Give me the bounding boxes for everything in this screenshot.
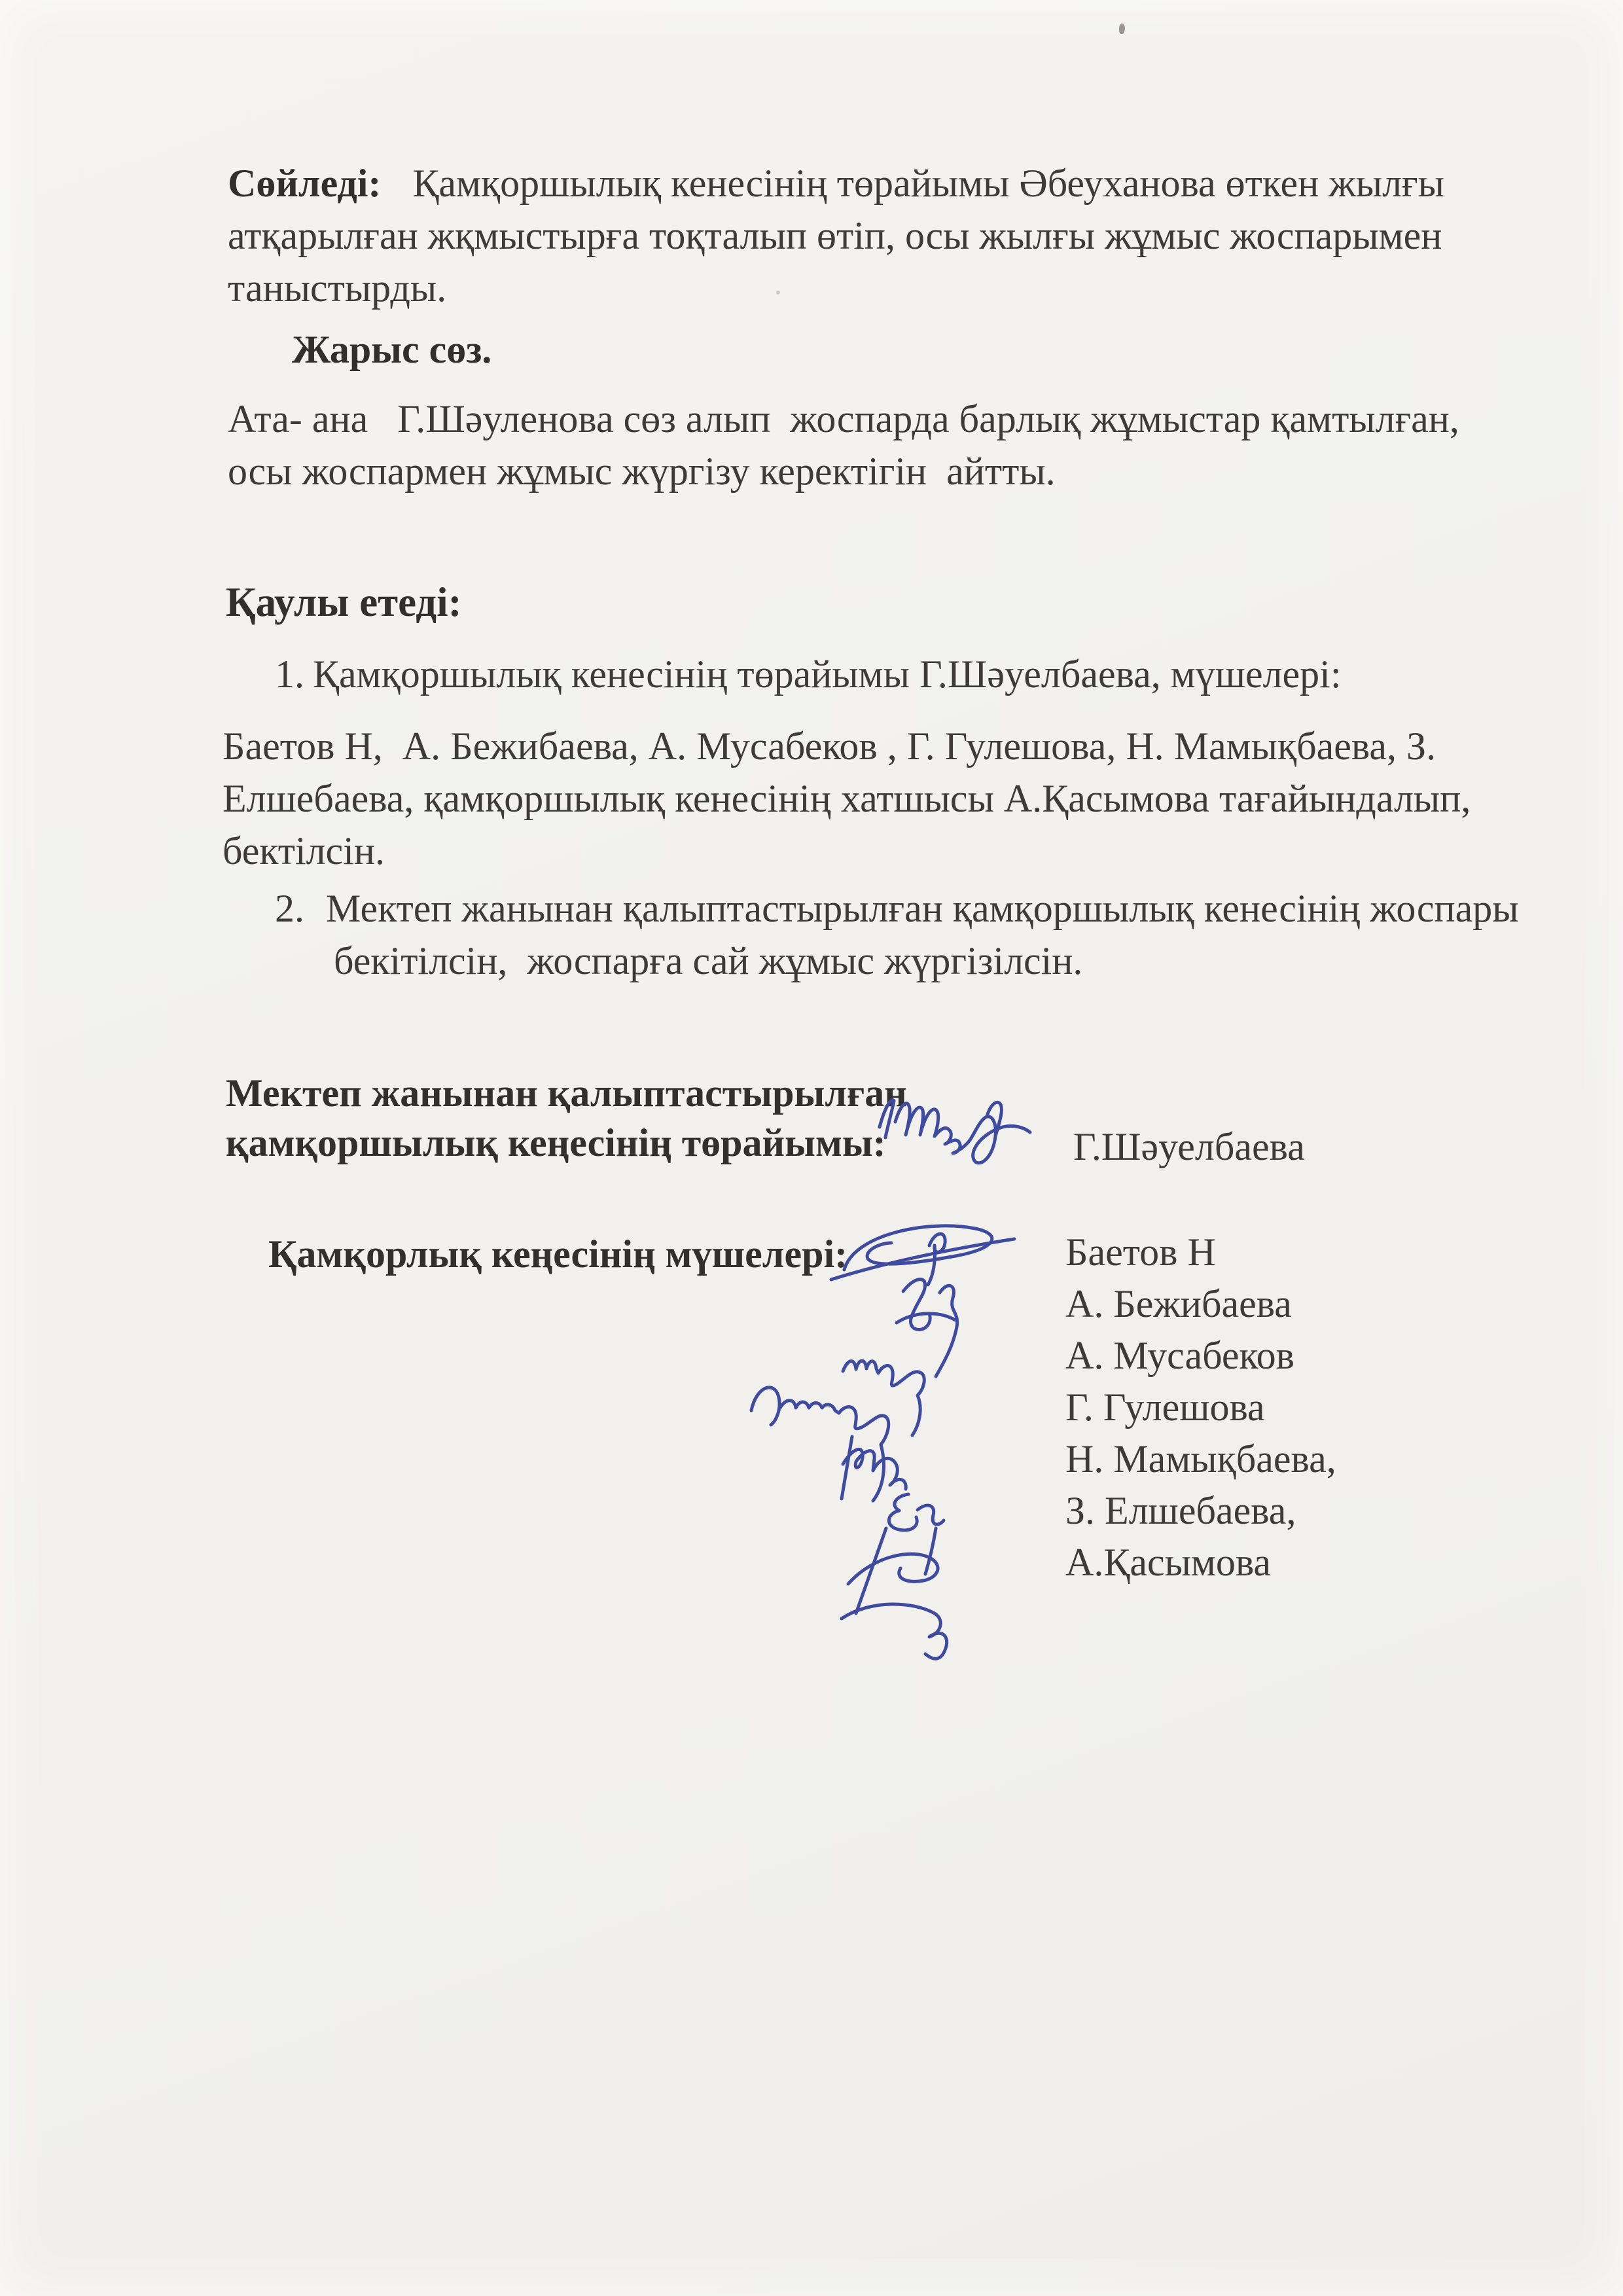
chair-signature-ink bbox=[872, 1079, 1047, 1177]
resolution-item-1-number: 1. bbox=[275, 648, 313, 700]
members-name-list: Баетов Н А. Бежибаева А. Мусабеков Г. Гу… bbox=[1065, 1227, 1336, 1588]
resolution-item-1-text: Қамқоршылық кенесінің төрайымы Г.Шәуелба… bbox=[313, 648, 1341, 700]
member-name-1: Баетов Н bbox=[1065, 1227, 1336, 1278]
resolution-item-2: 2. Мектеп жанынан қалыптастырылған қамқо… bbox=[275, 882, 1519, 987]
chair-signature-name: Г.Шәуелбаева bbox=[1073, 1121, 1305, 1173]
member-name-7: А.Қасымова bbox=[1065, 1537, 1336, 1588]
resolution-item-2-line2: бекітілсін, жоспарға сай жұмыс жүргізілс… bbox=[326, 935, 1519, 987]
spoke-label: Сөйледі: bbox=[228, 162, 381, 205]
paragraph-members: Баетов Н, А. Бежибаева, А. Мусабеков , Г… bbox=[223, 720, 1471, 877]
paragraph-debate: Ата- ана Г.Шәуленова сөз алып жоспарда б… bbox=[228, 393, 1459, 497]
chair-signature-label-line1: Мектеп жанынан қалыптастырылған bbox=[226, 1068, 907, 1118]
chair-signature-label: Мектеп жанынан қалыптастырылған қамқоршы… bbox=[226, 1068, 907, 1168]
scanned-document-page: Сөйледі:Қамқоршылық кенесінің төрайымы Ә… bbox=[0, 0, 1623, 2296]
chair-signature-label-line2: қамқоршылық кеңесінің төрайымы: bbox=[226, 1118, 907, 1168]
member-name-4: Г. Гулешова bbox=[1065, 1382, 1336, 1433]
resolution-heading: Қаулы етеді: bbox=[226, 576, 462, 628]
paragraph-spoke-line2: атқарылған жқмыстырға тоқталып өтіп, осы… bbox=[228, 209, 1444, 262]
scan-speck bbox=[1119, 24, 1125, 34]
resolution-item-2-line1: Мектеп жанынан қалыптастырылған қамқоршы… bbox=[326, 882, 1519, 935]
paragraph-spoke-line1: Сөйледі:Қамқоршылық кенесінің төрайымы Ә… bbox=[228, 157, 1444, 209]
resolution-item-2-text: Мектеп жанынан қалыптастырылған қамқоршы… bbox=[326, 882, 1519, 987]
member-name-3: А. Мусабеков bbox=[1065, 1330, 1336, 1382]
paragraph-members-line3: бектілсін. bbox=[223, 825, 1471, 877]
member-name-6: З. Елшебаева, bbox=[1065, 1485, 1336, 1537]
paragraph-spoke: Сөйледі:Қамқоршылық кенесінің төрайымы Ә… bbox=[228, 157, 1444, 314]
resolution-item-2-number: 2. bbox=[275, 882, 326, 987]
paragraph-members-line2: Елшебаева, қамқоршылық кенесінің хатшысы… bbox=[223, 772, 1471, 825]
paragraph-members-line1: Баетов Н, А. Бежибаева, А. Мусабеков , Г… bbox=[223, 720, 1471, 772]
spoke-text-1: Қамқоршылық кенесінің төрайымы Әбеуханов… bbox=[412, 162, 1444, 205]
paragraph-debate-line2: осы жоспармен жұмыс жүргізу керектігін а… bbox=[228, 445, 1459, 497]
members-signature-ink bbox=[740, 1208, 1047, 1666]
member-name-5: Н. Мамықбаева, bbox=[1065, 1433, 1336, 1485]
debate-heading: Жарыс сөз. bbox=[292, 323, 491, 376]
paragraph-debate-line1: Ата- ана Г.Шәуленова сөз алып жоспарда б… bbox=[228, 393, 1459, 445]
paragraph-spoke-line3: таныстырды. bbox=[228, 262, 1444, 314]
member-name-2: А. Бежибаева bbox=[1065, 1278, 1336, 1330]
resolution-item-1: 1. Қамқоршылық кенесінің төрайымы Г.Шәуе… bbox=[275, 648, 1341, 700]
